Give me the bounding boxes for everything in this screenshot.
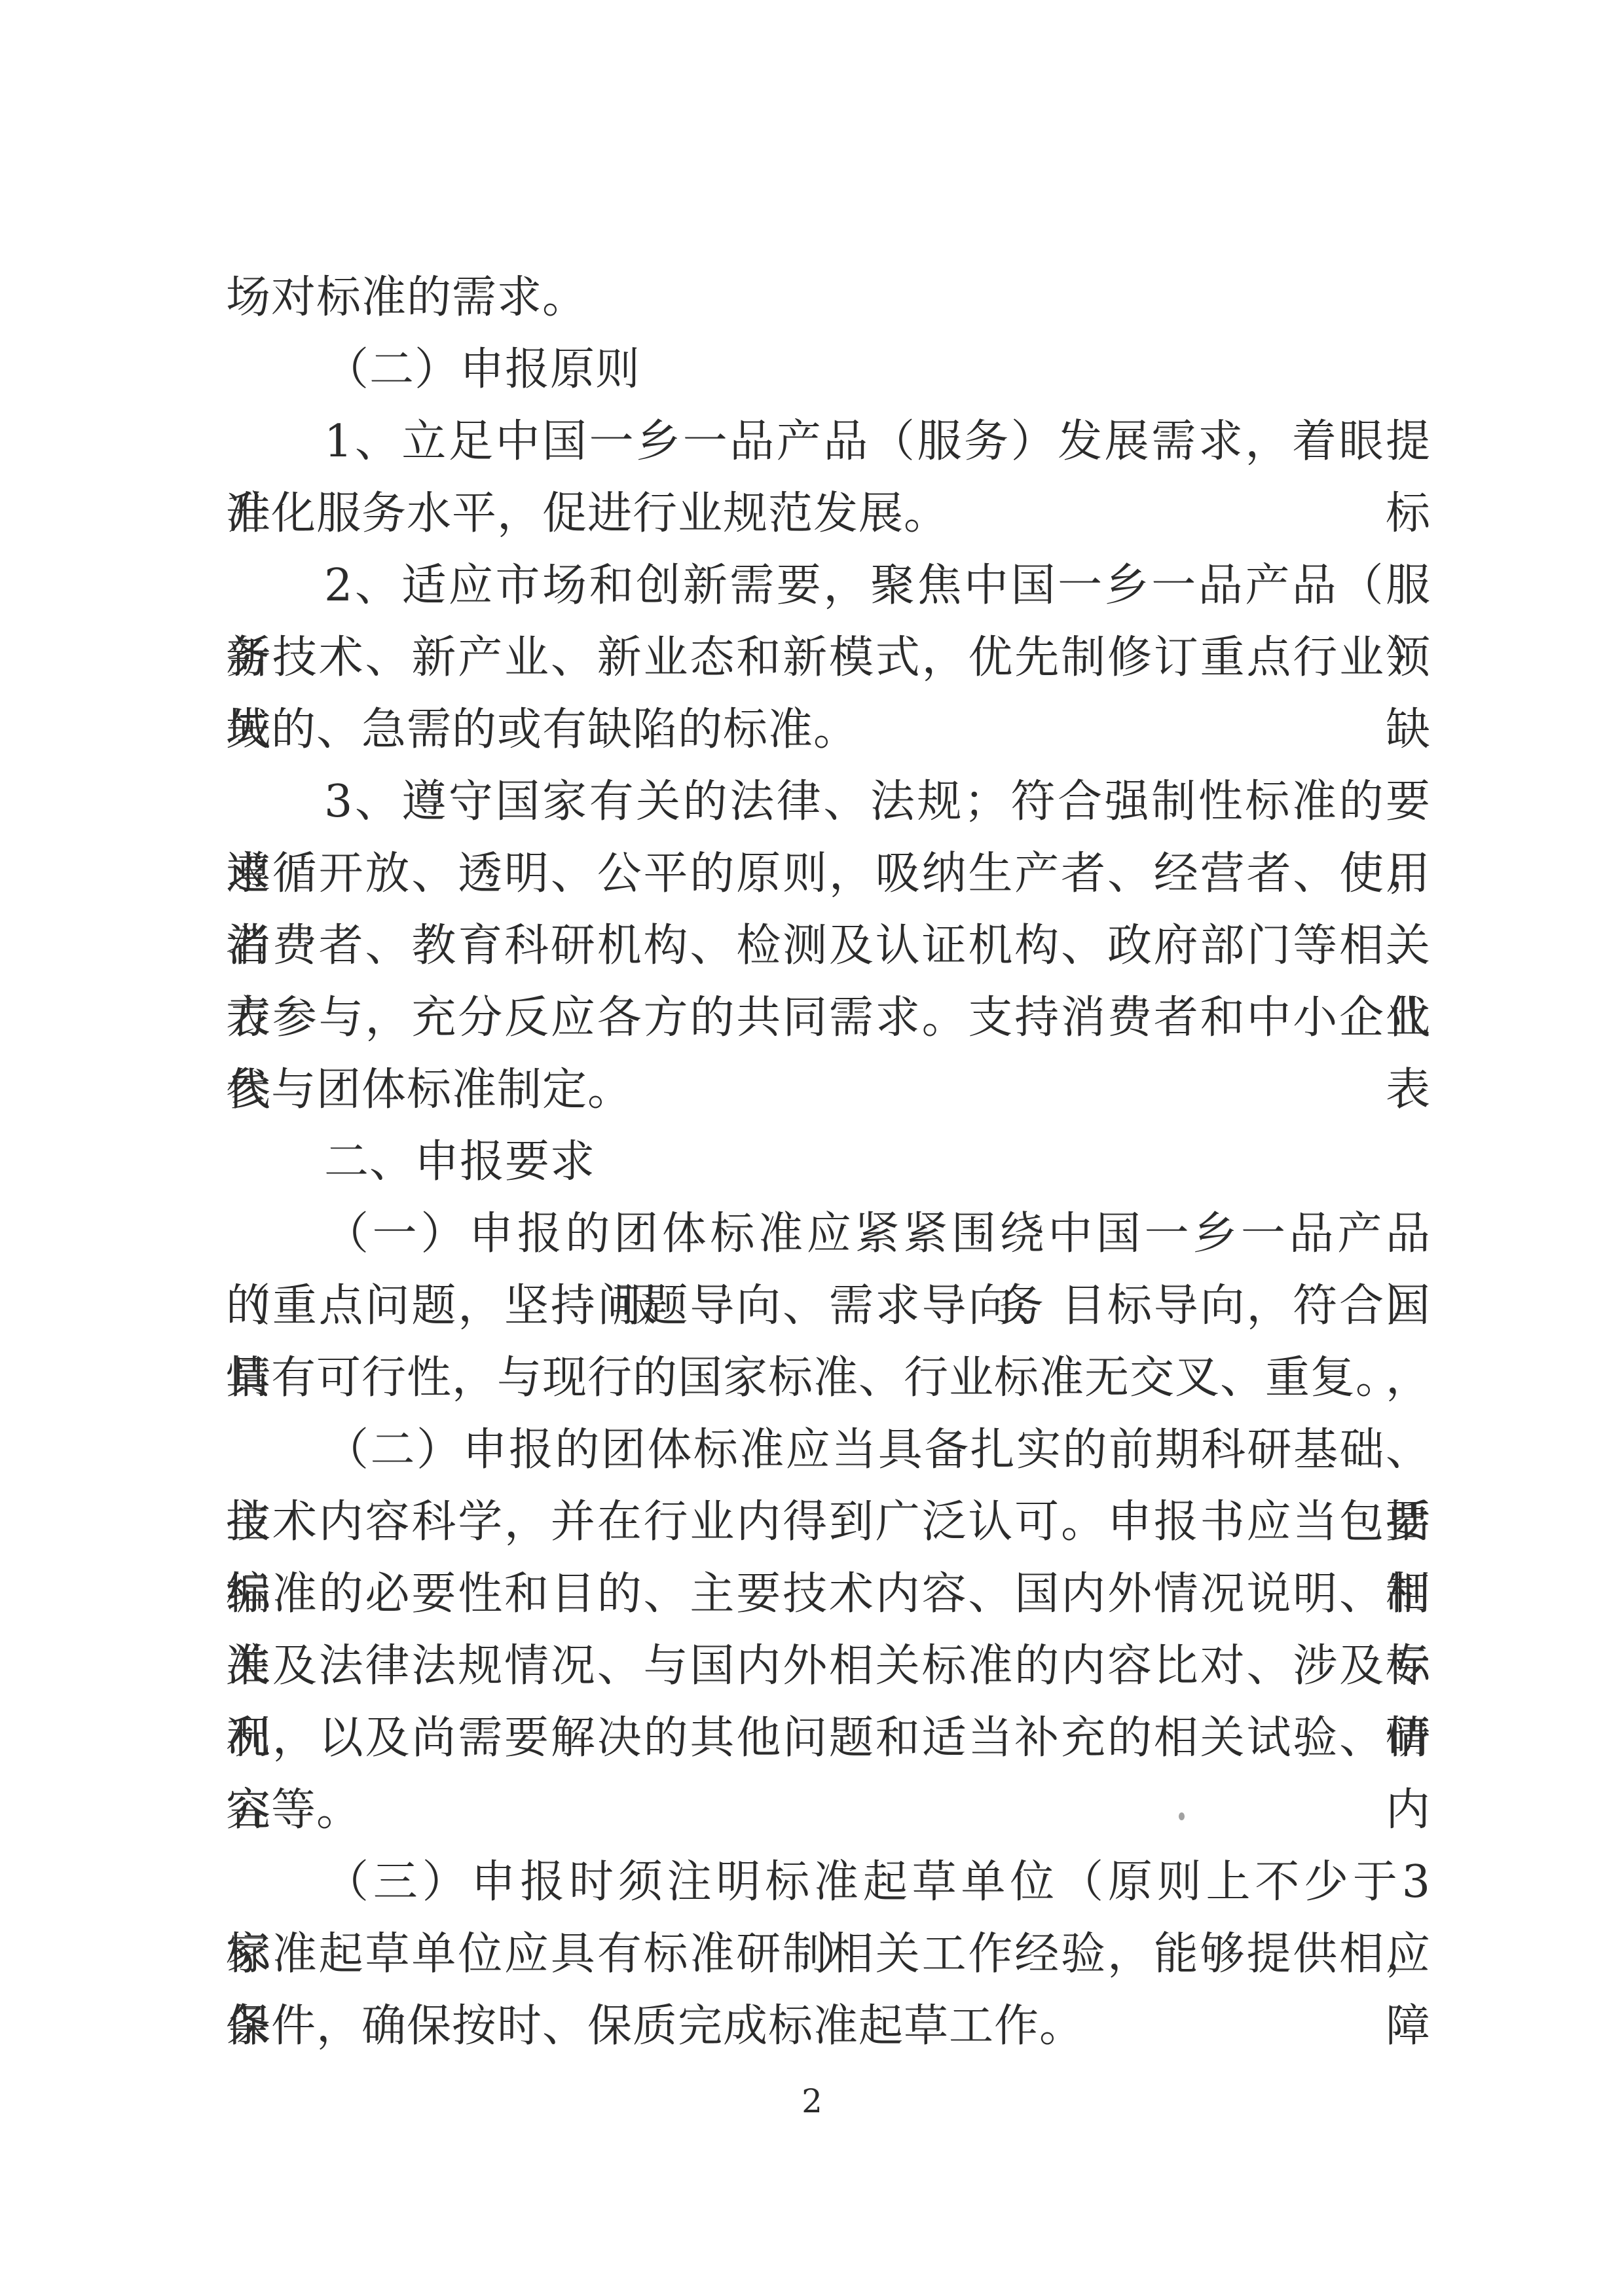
document-line: 准及法律法规情况、与国内外相关标准的内容比对、涉及专利情 xyxy=(226,1630,1431,1702)
document-line: 二、申报要求 xyxy=(226,1126,1431,1198)
document-line: 2、适应市场和创新需要，聚焦中国一乡一品产品（服务） xyxy=(226,550,1431,622)
scan-artifact-dot xyxy=(1179,1812,1185,1820)
document-line: 标准的必要性和目的、主要技术内容、国内外情况说明、相关标 xyxy=(226,1558,1431,1630)
document-line: （二）申报原则 xyxy=(226,334,1431,406)
document-line: 1、立足中国一乡一品产品（服务）发展需求，着眼提升标 xyxy=(226,406,1431,478)
document-line: 新技术、新产业、新业态和新模式，优先制修订重点行业领域缺 xyxy=(226,622,1431,694)
document-line: 具有可行性，与现行的国家标准、行业标准无交叉、重复。 xyxy=(226,1342,1431,1414)
text-block: 场对标准的需求。（二）申报原则1、立足中国一乡一品产品（服务）发展需求，着眼提升… xyxy=(226,262,1431,2063)
document-line: 消费者、教育科研机构、检测及认证机构、政府部门等相关方代 xyxy=(226,910,1431,982)
document-line: 技术内容科学，并在行业内得到广泛认可。申报书应当包括编制 xyxy=(226,1486,1431,1558)
document-line: （三）申报时须注明标准起草单位（原则上不少于3家）， xyxy=(226,1846,1431,1919)
document-line: 况，以及尚需要解决的其他问题和适当补充的相关试验、研究内 xyxy=(226,1702,1431,1774)
document-line: 表参与，充分反应各方的共同需求。支持消费者和中小企业代表 xyxy=(226,982,1431,1054)
document-line: （一）申报的团体标准应紧紧围绕中国一乡一品产品（服务） xyxy=(226,1198,1431,1270)
document-line: （二）申报的团体标准应当具备扎实的前期科研基础、主要 xyxy=(226,1414,1431,1486)
document-line: 标准起草单位应具有标准研制相关工作经验，能够提供相应保障 xyxy=(226,1919,1431,1991)
document-line: 3、遵守国家有关的法律、法规；符合强制性标准的要求； xyxy=(226,766,1431,838)
document-line: 遵循开放、透明、公平的原则，吸纳生产者、经营者、使用者、 xyxy=(226,838,1431,910)
scanned-document-page: 场对标准的需求。（二）申报原则1、立足中国一乡一品产品（服务）发展需求，着眼提升… xyxy=(0,0,1624,2295)
document-line: 的重点问题，坚持问题导向、需求导向、目标导向，符合国情， xyxy=(226,1270,1431,1342)
document-line: 场对标准的需求。 xyxy=(226,262,1431,334)
page-number: 2 xyxy=(0,2082,1624,2120)
